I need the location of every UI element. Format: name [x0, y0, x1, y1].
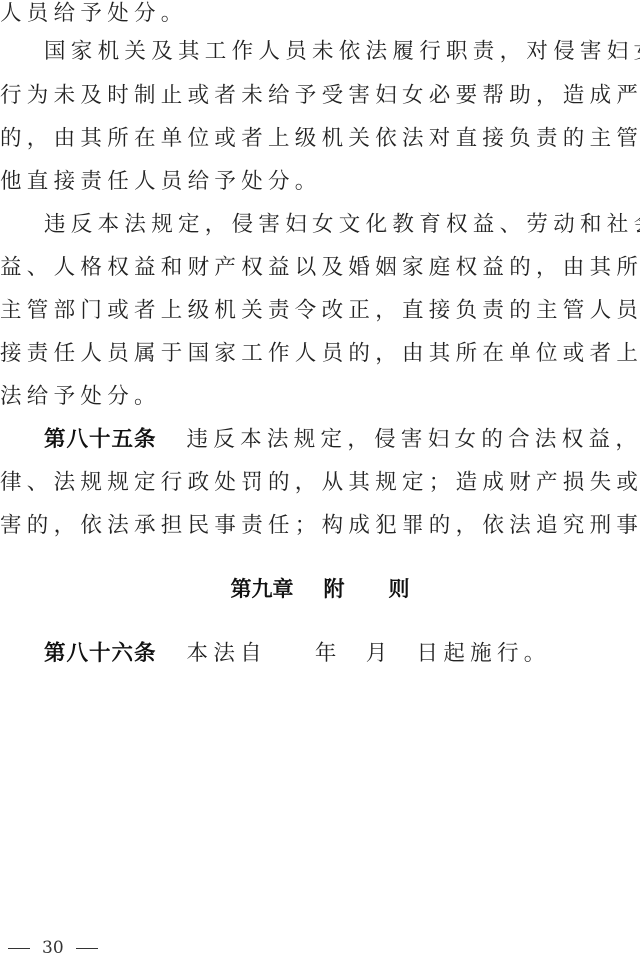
dash-left	[8, 948, 30, 949]
article-86-line: 第八十六条本法自年月日起施行。	[44, 640, 640, 668]
dash-right	[76, 948, 98, 949]
text-line: 害的，依法承担民事责任；构成犯罪的，依法追究刑事责任。	[0, 512, 640, 540]
article-86-year: 年	[315, 641, 342, 666]
document-page: 人员给予处分。 国家机关及其工作人员未依法履行职责，对侵害妇女权益的 行为未及时…	[0, 0, 640, 960]
chapter-name-part2: 则	[389, 575, 410, 603]
chapter-number: 第九章	[231, 575, 294, 603]
text-line: 接责任人员属于国家工作人员的，由其所在单位或者上级机关依	[0, 340, 640, 368]
chapter-heading: 第九章附则	[0, 575, 640, 603]
page-number: 30	[8, 938, 98, 958]
chapter-name-part1: 附	[324, 575, 345, 603]
article-86-month: 月	[366, 641, 393, 666]
text-line: 他直接责任人员给予处分。	[0, 168, 640, 196]
text-line: 的，由其所在单位或者上级机关依法对直接负责的主管人员和其	[0, 125, 640, 153]
article-86-prefix: 本法自	[187, 641, 267, 666]
text-line: 法给予处分。	[0, 383, 640, 411]
text-line: 行为未及时制止或者未给予受害妇女必要帮助，造成严重后果	[0, 82, 640, 110]
text-line: 益、人格权益和财产权益以及婚姻家庭权益的，由其所在单位、	[0, 254, 640, 282]
page-number-value: 30	[42, 938, 64, 958]
text-line: 国家机关及其工作人员未依法履行职责，对侵害妇女权益的	[44, 38, 640, 66]
text-line: 主管部门或者上级机关责令改正，直接负责的主管人员和其他直	[0, 297, 640, 325]
text-line: 律、法规规定行政处罚的，从其规定；造成财产损失或者人身损	[0, 469, 640, 497]
text-line: 人员给予处分。	[0, 0, 640, 28]
article-85-text: 违反本法规定，侵害妇女的合法权益，其他法	[187, 427, 640, 452]
article-86-suffix: 日起施行。	[417, 641, 551, 666]
article-85-title: 第八十五条	[44, 427, 157, 452]
article-85-line: 第八十五条违反本法规定，侵害妇女的合法权益，其他法	[44, 426, 640, 454]
text-line: 违反本法规定，侵害妇女文化教育权益、劳动和社会保障权	[44, 211, 640, 239]
article-86-title: 第八十六条	[44, 641, 157, 666]
